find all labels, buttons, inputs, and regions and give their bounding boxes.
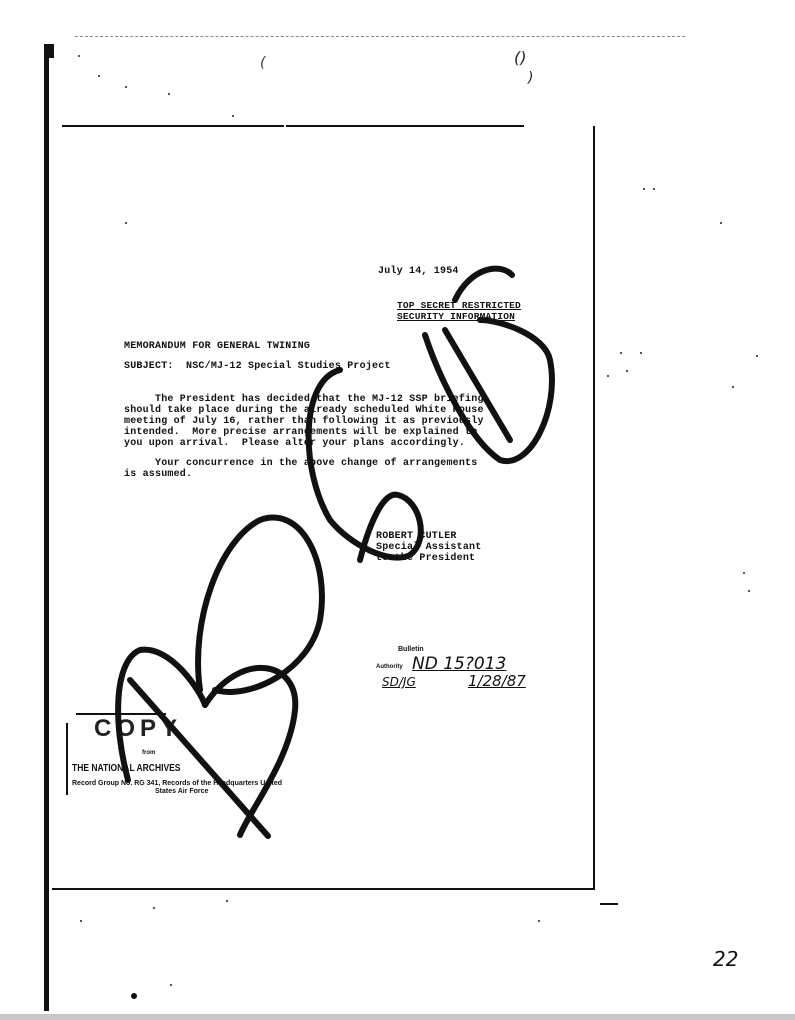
scan-speck [153, 907, 155, 909]
scan-speck [748, 590, 750, 592]
scan-speck [756, 355, 758, 357]
scan-speck [720, 222, 722, 224]
scan-speck [98, 75, 100, 77]
scan-speck [643, 188, 645, 190]
scan-speck [226, 900, 228, 902]
scan-speck [626, 370, 628, 372]
scan-speck [607, 375, 609, 377]
scan-speck [125, 222, 127, 224]
speck-large [131, 993, 137, 999]
scan-speck [168, 93, 170, 95]
scan-speck [640, 352, 642, 354]
scan-speck [170, 984, 172, 986]
page-number: 22 [713, 947, 738, 971]
scan-speck [232, 115, 234, 117]
scan-speck [743, 572, 745, 574]
scan-speck [653, 188, 655, 190]
scan-speck [80, 920, 82, 922]
scan-speck [732, 386, 734, 388]
scan-speck [620, 352, 622, 354]
scan-speck [125, 86, 127, 88]
stray-mark [600, 903, 618, 905]
scan-speck [78, 55, 80, 57]
bogus-annotation [0, 0, 795, 1020]
scan-speck [538, 920, 540, 922]
